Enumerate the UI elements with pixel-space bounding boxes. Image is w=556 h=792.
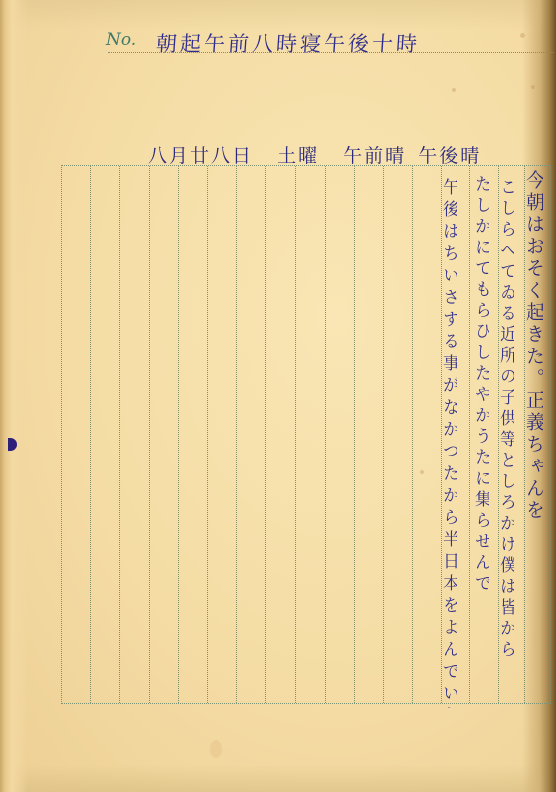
wake-sleep-times: 朝起午前八時寝午後十時: [155, 28, 421, 58]
body-column-2: こしらへてゐる近所の子供等としろかけ僕は皆から: [497, 178, 514, 708]
page-number-label: No.: [106, 30, 136, 50]
paper-stain: [531, 85, 535, 89]
body-column-4: 午後はちいさする事がなかつたから半日本をよんでいた: [440, 178, 457, 708]
grid-line: [207, 166, 208, 703]
grid-line: [119, 166, 120, 703]
diary-page: No. 朝起午前八時寝午後十時 八月廿八日 土曜 午前晴 午後晴 今朝はおそく起…: [0, 0, 556, 792]
grid-line: [149, 166, 150, 703]
weather-morning: 午前晴: [343, 145, 406, 167]
grid-line: [236, 166, 237, 703]
header-dotted-rule: [108, 52, 554, 53]
grid-line: [265, 166, 266, 703]
entry-weekday: 土曜: [277, 145, 319, 167]
weather-afternoon: 午後晴: [418, 145, 481, 167]
body-column-3: たしかにてもらひしたやかうたに集らせんで: [472, 175, 489, 705]
body-column-1: 今朝はおそく起きた。正義ちゃんを: [524, 170, 543, 700]
grid-line: [295, 166, 296, 703]
grid-line: [469, 166, 470, 703]
page-header: No. 朝起午前八時寝午後十時: [106, 28, 554, 54]
paper-stain: [420, 470, 424, 474]
paper-stain: [452, 88, 456, 92]
grid-line: [412, 166, 413, 703]
grid-line: [383, 166, 384, 703]
entry-date-line: 八月廿八日 土曜 午前晴 午後晴: [148, 141, 497, 168]
paper-stain: [210, 740, 222, 758]
grid-line: [178, 166, 179, 703]
grid-line: [325, 166, 326, 703]
binding-hole: [8, 438, 17, 451]
grid-line: [354, 166, 355, 703]
paper-stain: [520, 33, 525, 38]
entry-date: 八月廿八日: [148, 145, 253, 167]
grid-line: [90, 166, 91, 703]
